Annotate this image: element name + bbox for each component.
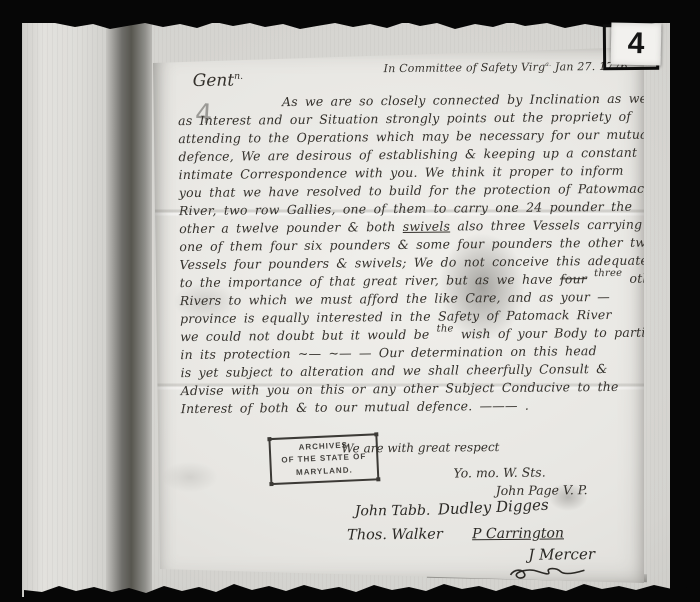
signature-john-tabb: John Tabb.: [355, 503, 431, 520]
salutation-superscript: n.: [234, 71, 243, 82]
closing-line: We are with great respect: [341, 440, 499, 456]
film-backing: In Committee of Safety Virga. Jan 27. 17…: [22, 23, 670, 597]
stamp-corner-mark: [376, 477, 380, 481]
film-left-edge: [22, 23, 106, 597]
dateline: In Committee of Safety Virga. Jan 27. 17…: [384, 60, 628, 75]
letter-line: Interest of both & to our mutual defence…: [181, 396, 629, 418]
stamp-corner-mark: [269, 482, 273, 486]
page-gutter-shadow: [106, 23, 152, 597]
stamp-corner-mark: [267, 437, 271, 441]
signature-thos-walker: Thos. Walker: [347, 527, 443, 544]
microfilm-scan: In Committee of Safety Virga. Jan 27. 17…: [0, 0, 700, 602]
signature-dudley-digges: Dudley Digges: [438, 496, 550, 519]
valediction: Yo. mo. W. Sts.: [453, 465, 545, 481]
film-tear-top-icon: [55, 19, 655, 33]
signature-p-carrington: P Carrington: [472, 525, 564, 542]
salutation-main: Gent: [193, 71, 235, 91]
signature-j-mercer: J Mercer: [528, 545, 595, 564]
frame-number-card: 4: [611, 22, 662, 65]
salutation: Gentn.: [193, 70, 244, 90]
film-tear-bottom-icon: [24, 578, 700, 602]
dateline-place: In Committee of Safety Virg: [384, 61, 546, 76]
letter-body: As we are so closely connected by Inclin…: [178, 90, 629, 418]
letter-content: In Committee of Safety Virga. Jan 27. 17…: [147, 45, 646, 586]
letter-page: In Committee of Safety Virga. Jan 27. 17…: [150, 47, 644, 583]
stamp-corner-mark: [374, 432, 378, 436]
